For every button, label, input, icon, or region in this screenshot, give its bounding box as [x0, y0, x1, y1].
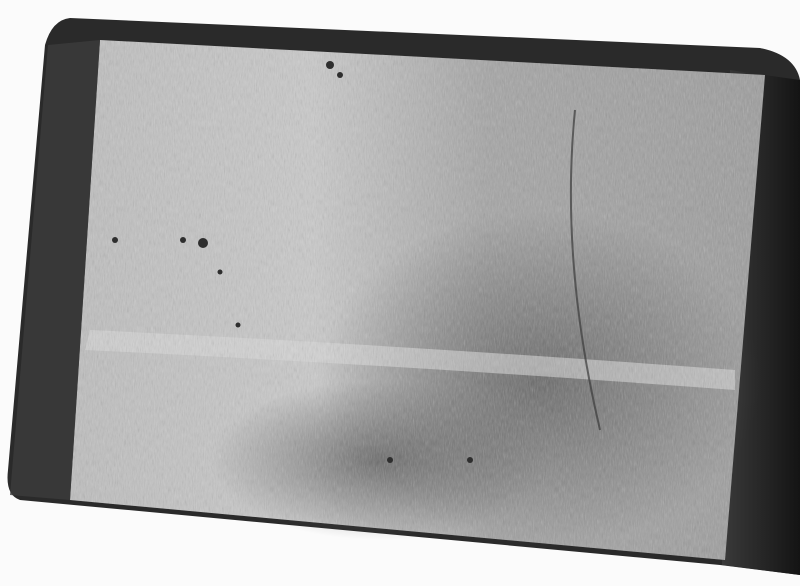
metal-block-photo	[0, 0, 800, 586]
surface-texture	[70, 40, 765, 560]
